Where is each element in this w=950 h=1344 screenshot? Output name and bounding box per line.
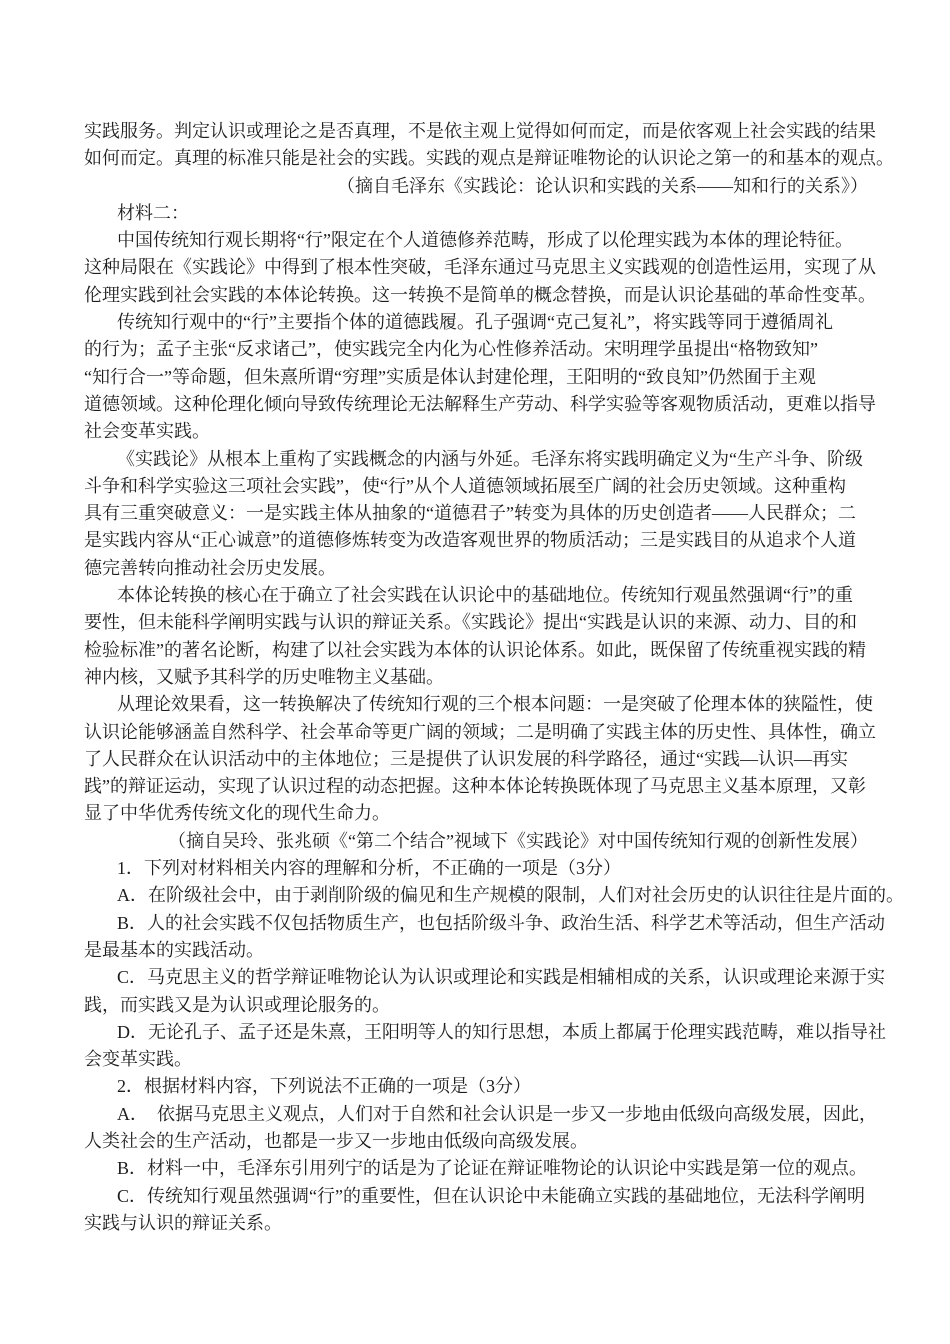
document-line: 1．下列对材料相关内容的理解和分析，不正确的一项是（3分）: [84, 855, 870, 882]
document-line: 本体论转换的核心在于确立了社会实践在认识论中的基础地位。传统知行观虽然强调“行”…: [84, 582, 870, 609]
document-line: 伦理实践到社会实践的本体论转换。这一转换不是简单的概念替换，而是认识论基础的革命…: [84, 282, 870, 309]
document-page: 实践服务。判定认识或理论之是否真理，不是依主观上觉得如何而定，而是依客观上社会实…: [0, 0, 950, 1344]
document-line: 传统知行观中的“行”主要指个体的道德践履。孔子强调“克己复礼”，将实践等同于遵循…: [84, 309, 870, 336]
document-line: 从理论效果看，这一转换解决了传统知行观的三个根本问题：一是突破了伦理本体的狭隘性…: [84, 691, 870, 718]
document-line: A． 依据马克思主义观点，人们对于自然和社会认识是一步又一步地由低级向高级发展，…: [84, 1101, 870, 1128]
document-line: 检验标准”的著名论断，构建了以社会实践为本体的认识论体系。如此，既保留了传统重视…: [84, 637, 870, 664]
document-line: 会变革实践。: [84, 1046, 870, 1073]
document-line: D．无论孔子、孟子还是朱熹，王阳明等人的知行思想，本质上都属于伦理实践范畴，难以…: [84, 1019, 870, 1046]
document-text-block: 实践服务。判定认识或理论之是否真理，不是依主观上觉得如何而定，而是依客观上社会实…: [84, 118, 870, 1237]
document-line: 的行为；孟子主张“反求诸己”，使实践完全内化为心性修养活动。宋明理学虽提出“格物…: [84, 336, 870, 363]
document-line: C．马克思主义的哲学辩证唯物论认为认识或理论和实践是相辅相成的关系，认识或理论来…: [84, 964, 870, 991]
document-line: B．材料一中，毛泽东引用列宁的话是为了论证在辩证唯物论的认识论中实践是第一位的观…: [84, 1155, 870, 1182]
document-line: （摘自毛泽东《实践论：论认识和实践的关系——知和行的关系》）: [84, 173, 870, 200]
document-line: 神内核，又赋予其科学的历史唯物主义基础。: [84, 664, 870, 691]
document-line: 实践与认识的辩证关系。: [84, 1210, 870, 1237]
document-line: 这种局限在《实践论》中得到了根本性突破，毛泽东通过马克思主义实践观的创造性运用，…: [84, 254, 870, 281]
document-line: 践，而实践又是为认识或理论服务的。: [84, 992, 870, 1019]
document-line: 人类社会的生产活动，也都是一步又一步地由低级向高级发展。: [84, 1128, 870, 1155]
document-line: “知行合一”等命题，但朱熹所谓“穷理”实质是体认封建伦理，王阳明的“致良知”仍然…: [84, 364, 870, 391]
document-line: 道德领域。这种伦理化倾向导致传统理论无法解释生产劳动、科学实验等客观物质活动，更…: [84, 391, 870, 418]
document-line: 材料二：: [84, 200, 870, 227]
document-line: 中国传统知行观长期将“行”限定在个人道德修养范畴，形成了以伦理实践为本体的理论特…: [84, 227, 870, 254]
document-line: 要性，但未能科学阐明实践与认识的辩证关系。《实践论》提出“实践是认识的来源、动力…: [84, 609, 870, 636]
document-line: 《实践论》从根本上重构了实践概念的内涵与外延。毛泽东将实践明确定义为“生产斗争、…: [84, 446, 870, 473]
document-line: 践”的辩证运动，实现了认识过程的动态把握。这种本体论转换既体现了马克思主义基本原…: [84, 773, 870, 800]
document-line: 2．根据材料内容，下列说法不正确的一项是（3分）: [84, 1073, 870, 1100]
document-line: 斗争和科学实验这三项社会实践”，使“行”从个人道德领域拓展至广阔的社会历史领域。…: [84, 473, 870, 500]
document-line: 了人民群众在认识活动中的主体地位；三是提供了认识发展的科学路径，通过“实践—认识…: [84, 746, 870, 773]
document-line: 显了中华优秀传统文化的现代生命力。: [84, 800, 870, 827]
document-line: 实践服务。判定认识或理论之是否真理，不是依主观上觉得如何而定，而是依客观上社会实…: [84, 118, 870, 145]
document-line: A．在阶级社会中，由于剥削阶级的偏见和生产规模的限制，人们对社会历史的认识往往是…: [84, 882, 870, 909]
document-line: （摘自吴玲、张兆硕《“第二个结合”视域下《实践论》对中国传统知行观的创新性发展）: [84, 828, 870, 855]
document-line: 是实践内容从“正心诚意”的道德修炼转变为改造客观世界的物质活动；三是实践目的从追…: [84, 527, 870, 554]
document-line: 如何而定。真理的标准只能是社会的实践。实践的观点是辩证唯物论的认识论之第一的和基…: [84, 145, 870, 172]
document-line: 具有三重突破意义：一是实践主体从抽象的“道德君子”转变为具体的历史创造者——人民…: [84, 500, 870, 527]
document-line: 德完善转向推动社会历史发展。: [84, 555, 870, 582]
document-line: B．人的社会实践不仅包括物质生产，也包括阶级斗争、政治生活、科学艺术等活动，但生…: [84, 910, 870, 937]
document-line: 是最基本的实践活动。: [84, 937, 870, 964]
document-line: 认识论能够涵盖自然科学、社会革命等更广阔的领域；二是明确了实践主体的历史性、具体…: [84, 719, 870, 746]
document-line: C．传统知行观虽然强调“行”的重要性，但在认识论中未能确立实践的基础地位，无法科…: [84, 1183, 870, 1210]
document-line: 社会变革实践。: [84, 418, 870, 445]
